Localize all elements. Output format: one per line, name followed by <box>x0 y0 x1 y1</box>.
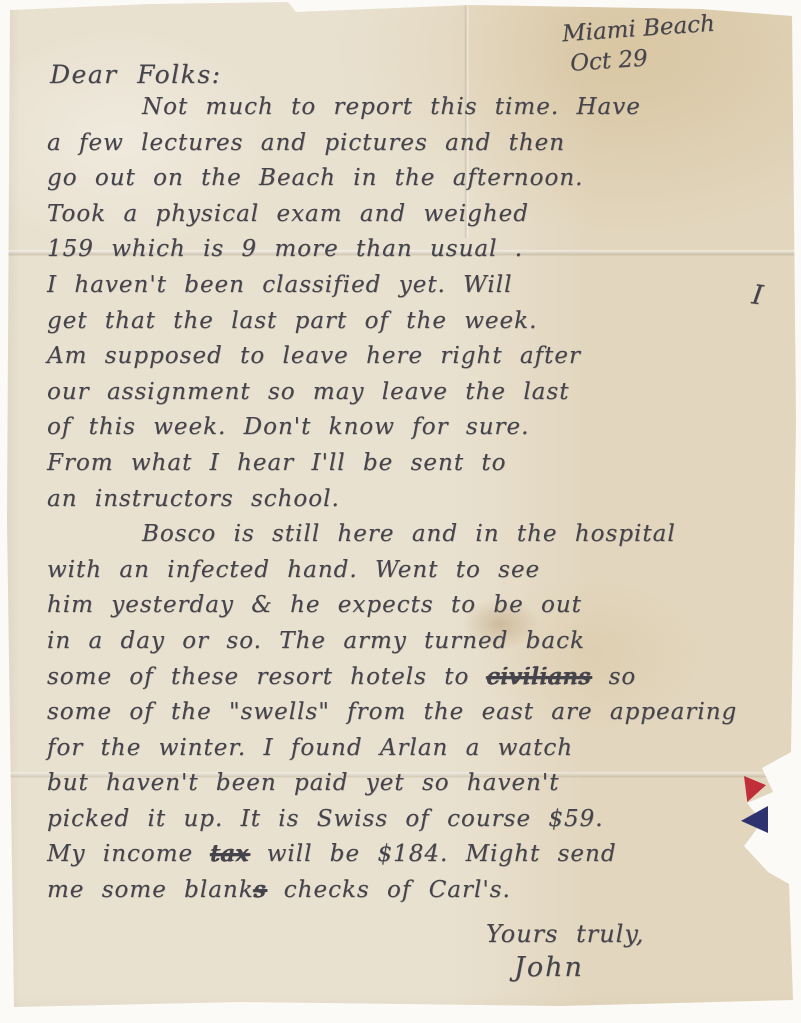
letter-line: our assignment so may leave the last <box>47 375 801 411</box>
scanned-letter-page: Miami Beach Oct 29 Dear Folks: Not much … <box>0 0 801 1023</box>
letter-signature: John <box>514 952 584 983</box>
letter-salutation: Dear Folks: <box>50 60 222 89</box>
letter-line: him yesterday & he expects to be out <box>47 588 801 624</box>
letter-line: Took a physical exam and weighed <box>47 197 801 233</box>
letter-line: a few lectures and pictures and then <box>47 126 801 162</box>
letter-line: go out on the Beach in the afternoon. <box>47 161 801 197</box>
letter-line: with an infected hand. Went to see <box>47 553 801 589</box>
letter-line: me some blanks checks of Carl's. <box>47 873 801 909</box>
letter-line: some of these resort hotels to civilians… <box>47 660 801 696</box>
letter-line: for the winter. I found Arlan a watch <box>47 731 801 767</box>
letter-line: My income tax will be $184. Might send <box>47 837 801 873</box>
letter-line: get that the last part of the week. <box>47 304 801 340</box>
letter-line: some of the "swells" from the east are a… <box>47 695 801 731</box>
letter-line: of this week. Don't know for sure. <box>47 410 801 446</box>
letter-line: I haven't been classified yet. Will <box>47 268 801 304</box>
letter-line: Bosco is still here and in the hospital <box>47 517 801 553</box>
letter-paper: Miami Beach Oct 29 Dear Folks: Not much … <box>0 0 801 1023</box>
letter-line: an instructors school. <box>47 482 801 518</box>
letter-line: From what I hear I'll be sent to <box>47 446 801 482</box>
overwritten-word: s <box>254 877 267 903</box>
letter-line: Am supposed to leave here right after <box>47 339 801 375</box>
overwritten-word: tax <box>210 841 249 867</box>
letter-line: Not much to report this time. Have <box>47 90 801 126</box>
letter-line: in a day or so. The army turned back <box>47 624 801 660</box>
letter-line: 159 which is 9 more than usual . <box>47 232 801 268</box>
letter-closing: Yours truly, <box>486 920 644 948</box>
letter-body: Not much to report this time. Havea few … <box>47 90 801 909</box>
overwritten-word: civilians <box>487 664 592 690</box>
letter-heading: Miami Beach Oct 29 <box>561 9 718 80</box>
letter-line: picked it up. It is Swiss of course $59. <box>47 802 801 838</box>
letter-line: but haven't been paid yet so haven't <box>47 766 801 802</box>
